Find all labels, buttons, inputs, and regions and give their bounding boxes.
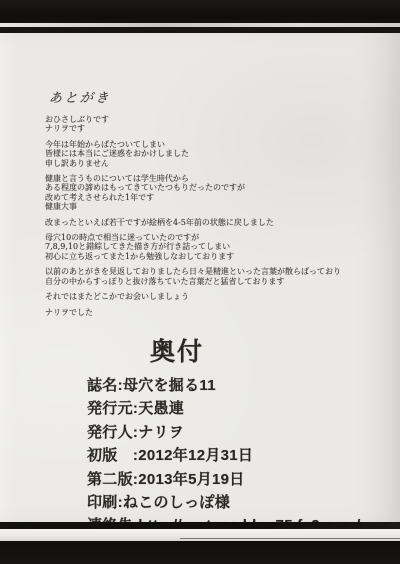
afterword-paragraph: 健康と言うものについては学生時代からある程度の諦めはもってきていたつもりだったの…: [45, 174, 378, 212]
scan-bottom-highlight-band: [0, 529, 400, 541]
afterword-paragraph: おひさしぶりですナリヲです: [45, 115, 378, 134]
afterword-paragraphs: おひさしぶりですナリヲです今年は年始からばたついてしまい皆様には本当にご迷惑をお…: [45, 115, 378, 323]
afterword-line: 初心に立ち返ってまた1から勉強しなおしております: [45, 252, 378, 261]
afterword-line: ある程度の諦めはもってきていたつもりだったのですが: [45, 183, 378, 192]
afterword-line: 自分の中からすっぽりと抜け落ちていた言葉だと猛省しております: [45, 277, 378, 286]
afterword-line: 健康大事: [45, 202, 378, 211]
afterword-paragraph: 以前のあとがきを見返しておりましたら日々是精進といった言葉が散らばっており自分の…: [45, 267, 378, 286]
scan-bottom-dark-line: [0, 522, 400, 529]
afterword-line: ナリヲです: [45, 124, 378, 133]
afterword-title: あとがき: [48, 87, 111, 106]
afterword-line: 7,8,9,10と錯綜してきた描き方が行き詰ってしまい: [45, 242, 378, 251]
afterword-line: それではまたどこかでお会いしましょう: [45, 292, 378, 301]
colophon-line: 発行元:天愚連: [87, 397, 361, 420]
scan-top-black-band: [0, 0, 400, 23]
colophon-line: 印刷:ねこのしっぽ様: [87, 491, 361, 514]
afterword-line: 今年は年始からばたついてしまい: [45, 140, 378, 149]
colophon-line: 発行人:ナリヲ: [87, 421, 361, 444]
afterword-paragraph: 今年は年始からばたついてしまい皆様には本当にご迷惑をおかけしました申し訳ありませ…: [45, 140, 378, 168]
scan-bottom-black-band: [0, 541, 400, 564]
afterword-line: おひさしぶりです: [45, 115, 378, 124]
scanned-doujinshi-page: あとがき おひさしぶりですナリヲです今年は年始からばたついてしまい皆様には本当に…: [0, 0, 400, 564]
afterword-line: 皆様には本当にご迷惑をおかけしました: [45, 149, 378, 158]
colophon-line: 誌名:母穴を掘る11: [87, 374, 361, 397]
colophon-line: 第二版:2013年5月19日: [87, 468, 361, 491]
afterword-line: 改まったといえば若干ですが絵柄を4-5年前の状態に戻しました: [45, 218, 378, 227]
afterword-line: 申し訳ありません: [45, 159, 378, 168]
afterword-paragraph: それではまたどこかでお会いしましょう: [45, 292, 378, 301]
afterword-line: ナリヲでした: [45, 308, 378, 317]
afterword-paragraph: ナリヲでした: [45, 308, 378, 317]
paper-page: あとがき おひさしぶりですナリヲです今年は年始からばたついてしまい皆様には本当に…: [0, 33, 400, 522]
afterword-paragraph: 母穴10の時点で相当に迷っていたのですが7,8,9,10と錯綜してきた描き方が行…: [45, 233, 378, 261]
afterword-line: 改めて考えさせられた1年です: [45, 193, 378, 202]
colophon-line: 初版 :2012年12月31日: [87, 444, 361, 467]
afterword-line: 以前のあとがきを見返しておりましたら日々是精進といった言葉が散らばっており: [45, 267, 378, 276]
afterword-paragraph: 改まったといえば若干ですが絵柄を4-5年前の状態に戻しました: [45, 218, 378, 227]
colophon-title: 奥付: [150, 332, 204, 368]
colophon-lines: 誌名:母穴を掘る11発行元:天愚連発行人:ナリヲ初版 :2012年12月31日第…: [87, 374, 361, 538]
